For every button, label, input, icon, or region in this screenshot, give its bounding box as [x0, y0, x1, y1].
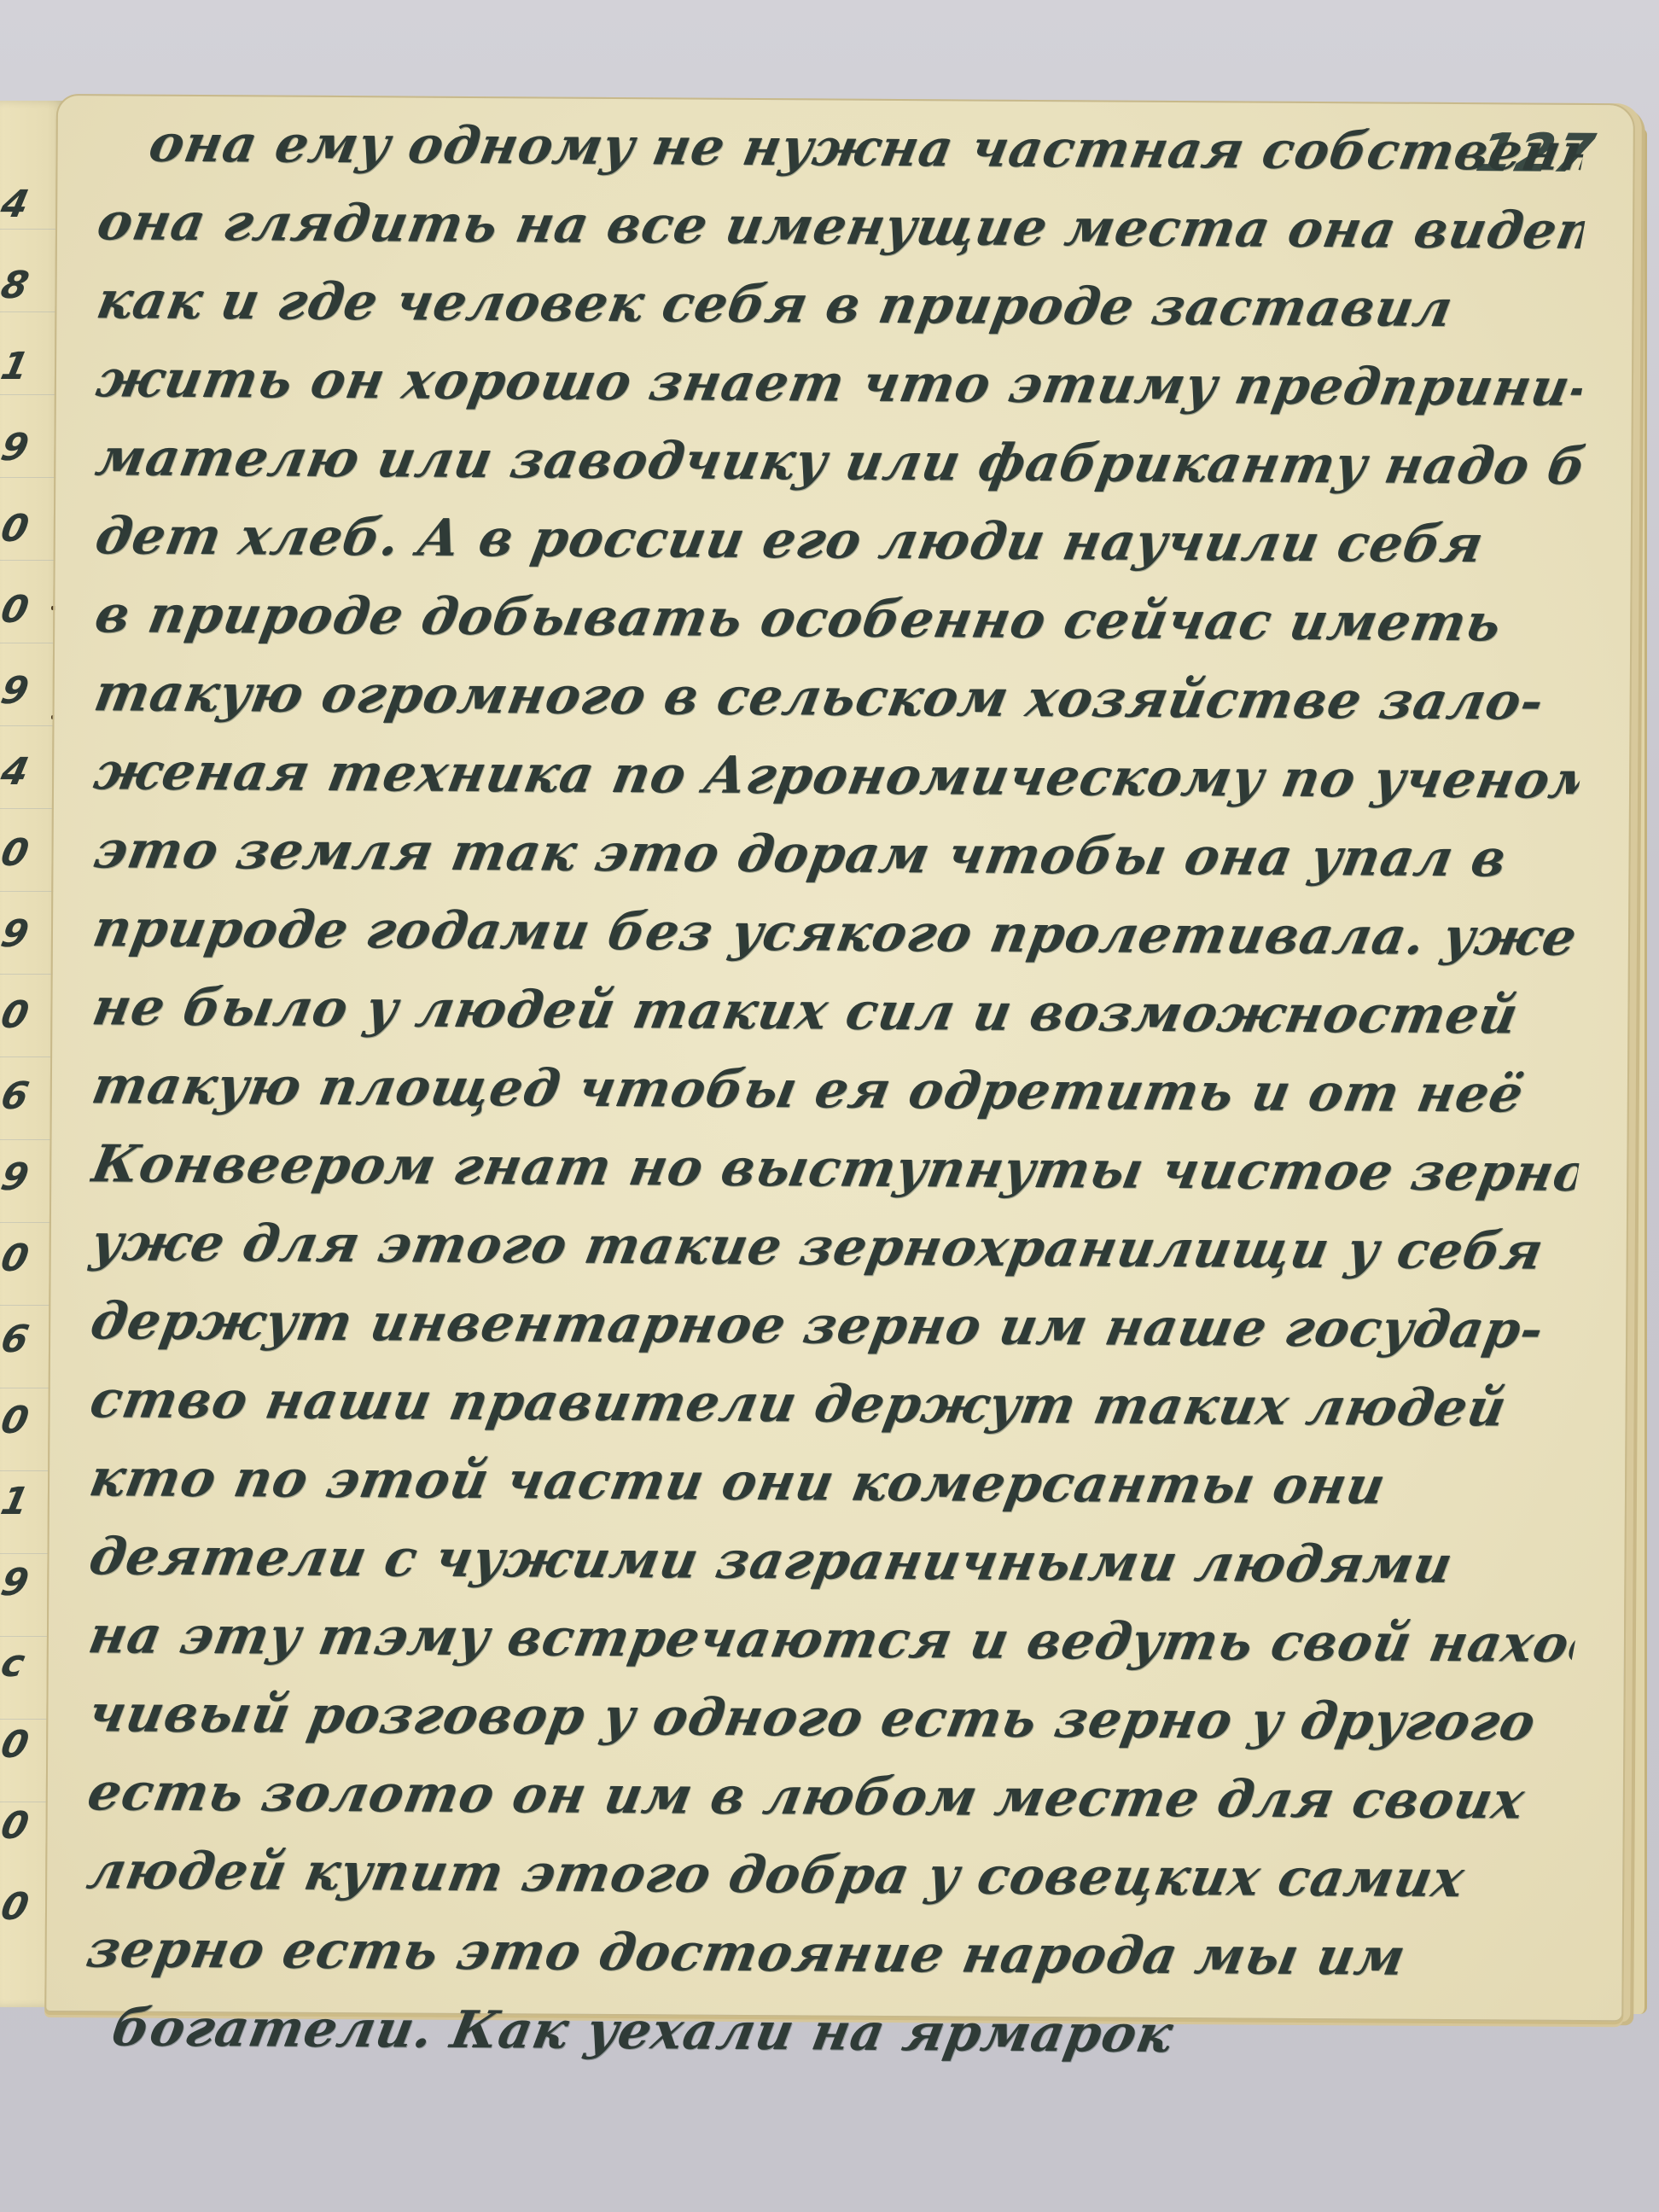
- margin-digit: 8: [0, 267, 40, 305]
- margin-digit: 0: [0, 997, 40, 1034]
- text-line: она ему одному не нужна частная собствен…: [91, 104, 1591, 192]
- margin-digit: 9: [0, 429, 40, 467]
- margin-digit: 6: [0, 1078, 40, 1115]
- text-line: уже для этого такие зернохранилищи у себ…: [84, 1203, 1584, 1291]
- margin-digit: 0: [0, 591, 40, 629]
- text-line: такую огромного в сельском хозяйстве зал…: [88, 654, 1587, 742]
- margin-digit: 1: [0, 1483, 40, 1521]
- text-line: природе годами без усякого пролетивала. …: [87, 889, 1586, 977]
- text-line: как и где человек себя в природе застави…: [90, 261, 1590, 349]
- margin-digit: 0: [0, 1726, 40, 1764]
- text-line: на эту тэму встречаются и ведуть свой на…: [83, 1596, 1582, 1684]
- handwritten-text-block: она ему одному не нужна частная собствен…: [80, 104, 1577, 2076]
- margin-digit: 9: [0, 916, 40, 953]
- text-line: деятели с чужими заграничными людями: [83, 1517, 1582, 1605]
- text-line: мателю или заводчику или фабриканту надо…: [90, 418, 1589, 506]
- text-line: кто по этой части они комерсанты они: [84, 1439, 1583, 1527]
- margin-digit: 0: [0, 1240, 40, 1278]
- text-line: это земля так это дорам чтобы она упал в: [87, 811, 1586, 899]
- margin-digit: 0: [0, 510, 40, 548]
- text-line: чивый розговор у одного есть зерно у дру…: [82, 1674, 1581, 1762]
- text-line: зерно есть это достояние народа мы им: [80, 1910, 1580, 1998]
- text-line: богатели. Как уехали на ярмарок: [80, 1988, 1580, 2076]
- margin-digit: c: [0, 1645, 40, 1683]
- text-line: она глядить на все именущие места она ви…: [91, 183, 1591, 271]
- margin-digit: 0: [0, 1807, 40, 1845]
- text-line: Конвеером гнат но выступнуты чистое зерн…: [85, 1125, 1585, 1213]
- margin-digit: 6: [0, 1321, 40, 1359]
- text-line: людей купит этого добра у совецких самих: [81, 1831, 1580, 1919]
- margin-digit: 1: [0, 348, 40, 386]
- margin-digit: 0: [0, 1402, 40, 1440]
- margin-digit: 4: [0, 754, 40, 791]
- margin-digit: 4: [0, 186, 40, 224]
- text-line: есть золото он им в любом месте для свои…: [82, 1753, 1581, 1841]
- text-line: держут инвентарное зерно им наше государ…: [84, 1282, 1584, 1370]
- text-line: жить он хорошо знает что этиму предприни…: [90, 340, 1590, 428]
- margin-digit: 9: [0, 1159, 40, 1196]
- text-line: не было у людей таких сил и возможностей: [86, 968, 1586, 1056]
- margin-digit: 9: [0, 1564, 40, 1602]
- margin-digit: 9: [0, 672, 40, 710]
- text-line: такую площед чтобы ея одретить и от неё: [86, 1046, 1586, 1134]
- text-line: женая техника по Агрономическому по учен…: [88, 732, 1587, 820]
- notebook-page: 127 она ему одному не нужна частная собс…: [44, 94, 1635, 2022]
- margin-digit: 0: [0, 1889, 40, 1926]
- text-line: дет хлеб. А в россии его люди научили се…: [90, 497, 1589, 585]
- text-line: ство наши правители держут таких людей: [84, 1360, 1583, 1448]
- margin-digit: 0: [0, 835, 40, 872]
- text-line: в природе добывать особенно сейчас иметь: [89, 575, 1588, 663]
